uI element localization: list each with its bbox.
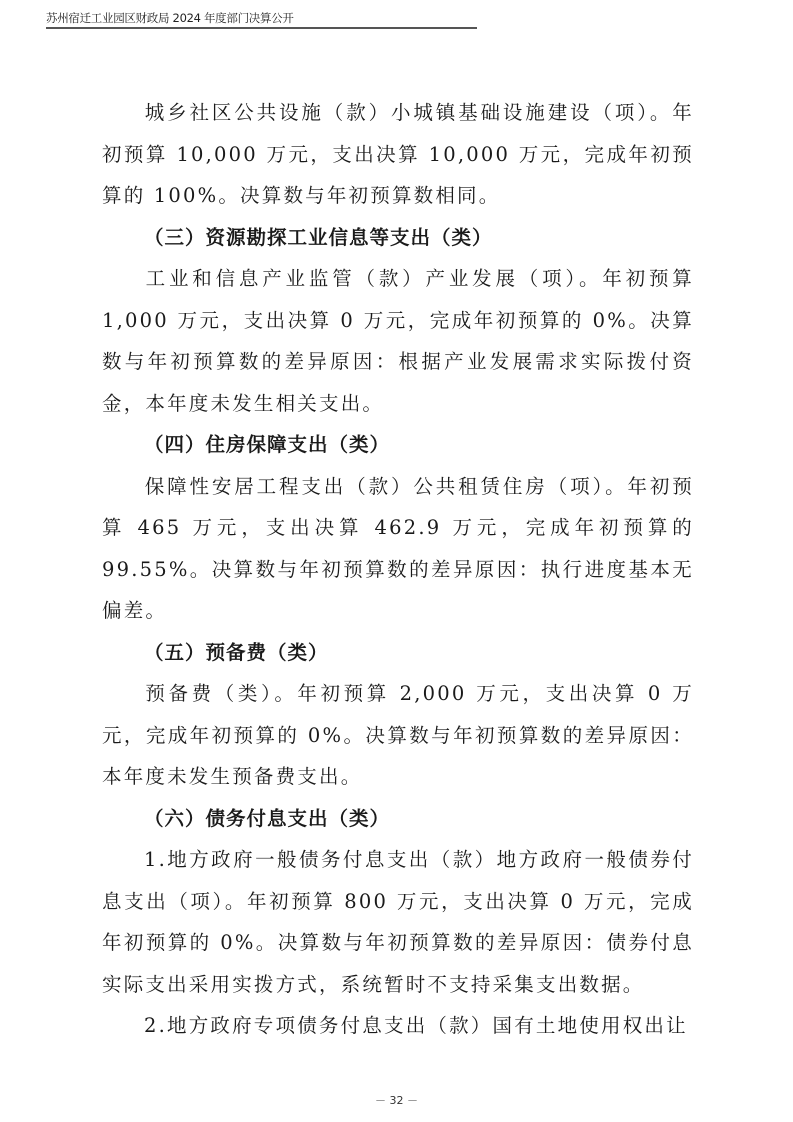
paragraph-housing: 保障性安居工程支出（款）公共租赁住房（项）。年初预算 465 万元，支出决算 4… — [102, 466, 694, 632]
paragraph-text: 工业和信息产业监管（款）产业发展（项）。年初预算 1,000 万元，支出决算 0… — [102, 267, 694, 415]
paragraph-reserve: 预备费（类）。年初预算 2,000 万元，支出决算 0 万元，完成年初预算的 0… — [102, 673, 694, 798]
section-heading-3: （三）资源勘探工业信息等支出（类） — [102, 217, 694, 259]
paragraph-text: 预备费（类）。年初预算 2,000 万元，支出决算 0 万元，完成年初预算的 0… — [102, 682, 694, 788]
paragraph-special-debt: 2.地方政府专项债务付息支出（款）国有土地使用权出让 — [102, 1005, 694, 1047]
section-heading-6: （六）债务付息支出（类） — [102, 798, 694, 840]
paragraph-text: 保障性安居工程支出（款）公共租赁住房（项）。年初预算 465 万元，支出决算 4… — [102, 475, 694, 623]
paragraph-general-debt: 1.地方政府一般债务付息支出（款）地方政府一般债券付息支出（项）。年初预算 80… — [102, 839, 694, 1005]
paragraph-text: 1.地方政府一般债务付息支出（款）地方政府一般债券付息支出（项）。年初预算 80… — [102, 848, 694, 996]
page-number: － 32 － — [0, 1092, 793, 1108]
header-divider — [46, 27, 477, 29]
section-heading-4: （四）住房保障支出（类） — [102, 424, 694, 466]
paragraph-text: 城乡社区公共设施（款）小城镇基础设施建设（项）。年初预算 10,000 万元，支… — [102, 101, 694, 207]
section-heading-5: （五）预备费（类） — [102, 632, 694, 674]
running-header: 苏州宿迁工业园区财政局 2024 年度部门决算公开 — [46, 10, 477, 26]
paragraph-text: 2.地方政府专项债务付息支出（款）国有土地使用权出让 — [144, 1014, 688, 1037]
document-body: 城乡社区公共设施（款）小城镇基础设施建设（项）。年初预算 10,000 万元，支… — [102, 92, 694, 1047]
paragraph-community-facilities: 城乡社区公共设施（款）小城镇基础设施建设（项）。年初预算 10,000 万元，支… — [102, 92, 694, 217]
paragraph-industry: 工业和信息产业监管（款）产业发展（项）。年初预算 1,000 万元，支出决算 0… — [102, 258, 694, 424]
